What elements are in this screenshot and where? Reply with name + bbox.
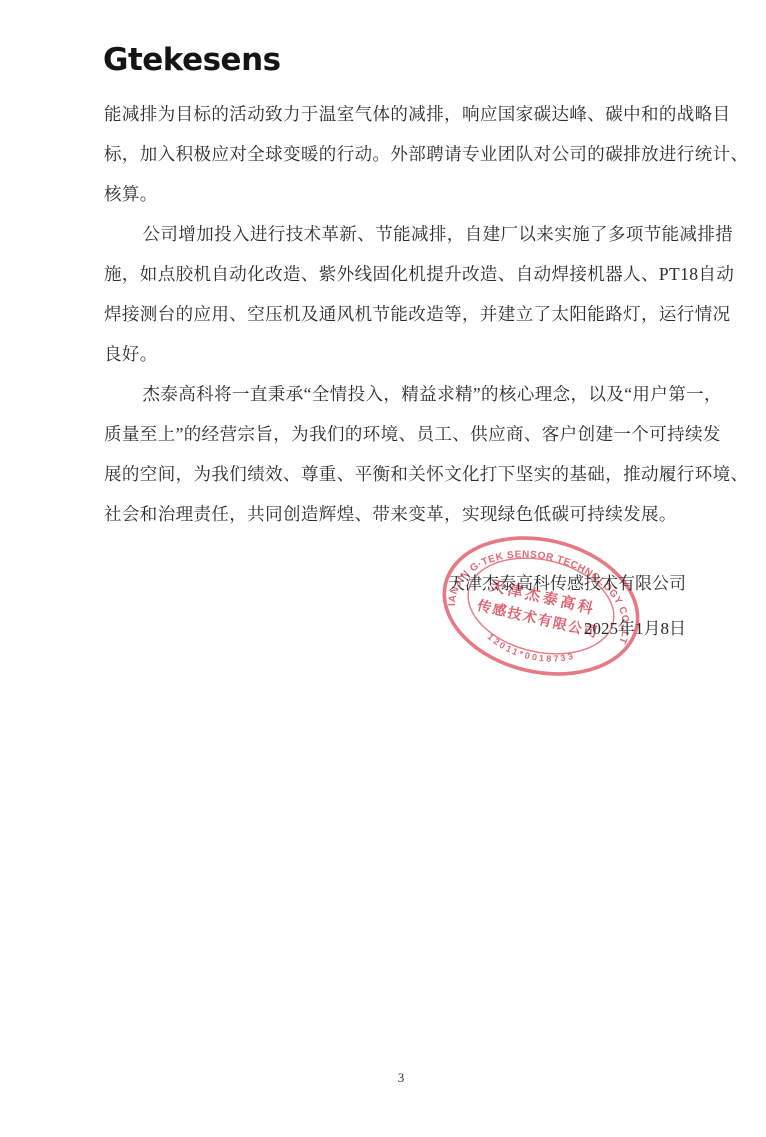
paragraph-line: 能减排为目标的活动致力于温室气体的减排，响应国家碳达峰、碳中和的战略目 xyxy=(104,94,698,134)
document-body: 能减排为目标的活动致力于温室气体的减排，响应国家碳达峰、碳中和的战略目 标，加入… xyxy=(104,94,698,534)
paragraph-line: 质量至上”的经营宗旨，为我们的环境、员工、供应商、客户创建一个可持续发 xyxy=(104,414,698,454)
paragraph-line: 核算。 xyxy=(104,174,698,214)
signature-date: 2025年1月8日 xyxy=(448,606,686,651)
paragraph-line: 标，加入积极应对全球变暖的行动。外部聘请专业团队对公司的碳排放进行统计、 xyxy=(104,134,698,174)
paragraph: 杰泰高科将一直秉承“全情投入，精益求精”的核心理念，以及“用户第一， 质量至上”… xyxy=(104,374,698,534)
document-page: Gtekesens 能减排为目标的活动致力于温室气体的减排，响应国家碳达峰、碳中… xyxy=(0,0,766,1137)
paragraph-line: 杰泰高科将一直秉承“全情投入，精益求精”的核心理念，以及“用户第一， xyxy=(104,374,698,414)
paragraph: 公司增加投入进行技术革新、节能减排，自建厂以来实施了多项节能减排措 施，如点胶机… xyxy=(104,214,698,374)
paragraph-line: 施，如点胶机自动化改造、紫外线固化机提升改造、自动焊接机器人、PT18自动 xyxy=(104,254,698,294)
paragraph-line: 焊接测台的应用、空压机及通风机节能改造等，并建立了太阳能路灯，运行情况 xyxy=(104,294,698,334)
paragraph-line: 展的空间，为我们绩效、尊重、平衡和关怀文化打下坚实的基础，推动履行环境、 xyxy=(104,454,698,494)
paragraph-line: 良好。 xyxy=(104,334,698,374)
signature-company-name: 天津杰泰高科传感技术有限公司 xyxy=(448,561,686,606)
paragraph-line: 公司增加投入进行技术革新、节能减排，自建厂以来实施了多项节能减排措 xyxy=(104,214,698,254)
signature-block: 天津杰泰高科传感技术有限公司 2025年1月8日 xyxy=(448,561,686,651)
company-logo: Gtekesens xyxy=(103,42,281,78)
paragraph: 能减排为目标的活动致力于温室气体的减排，响应国家碳达峰、碳中和的战略目 标，加入… xyxy=(104,94,698,214)
page-number: 3 xyxy=(104,1070,698,1086)
